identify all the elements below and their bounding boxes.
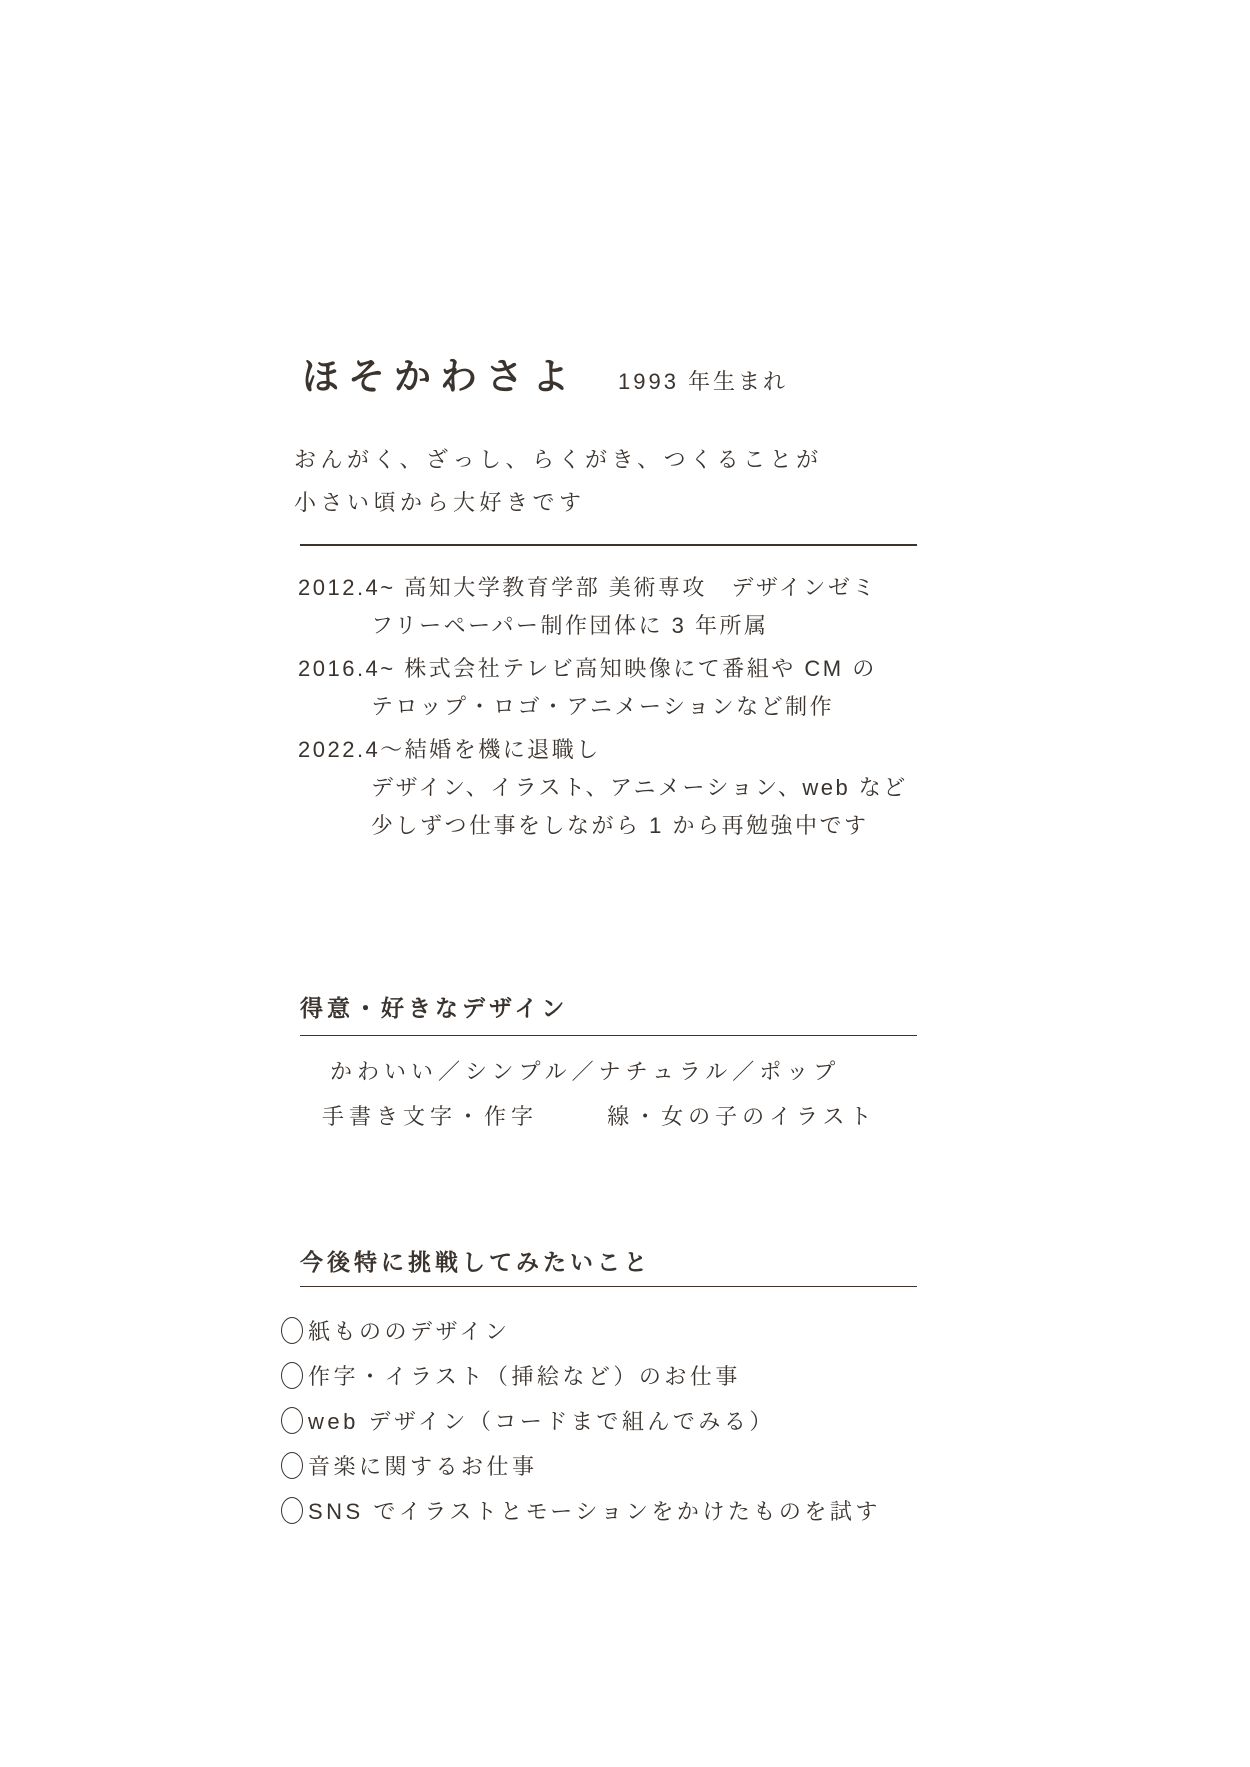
challenge-item-label: SNS でイラストとモーションをかけたものを試す — [308, 1495, 881, 1526]
challenge-item-label: 音楽に関するお仕事 — [308, 1450, 538, 1481]
challenge-item-label: web デザイン（コードまで組んでみる） — [308, 1405, 775, 1436]
name-title: ほそかわさよ — [302, 358, 578, 395]
history-row: 2012.4~ 高知大学教育学部 美術専攻 デザインゼミ — [298, 569, 908, 607]
profile-header: ほそかわさよ 1993 年生まれ — [302, 358, 788, 395]
intro-line: おんがく、ざっし、らくがき、つくることが — [294, 438, 823, 481]
history-row: テロップ・ロゴ・アニメーションなど制作 — [298, 688, 908, 726]
challenge-item: 音楽に関するお仕事 — [281, 1443, 881, 1488]
favorite-skills-line: 手書き文字・作字 線・女の子のイラスト — [322, 1104, 876, 1130]
favorite-section-heading: 得意・好きなデザイン — [300, 997, 568, 1020]
favorite-skill-left: 手書き文字・作字 — [322, 1104, 538, 1129]
challenge-section-heading: 今後特に挑戦してみたいこと — [300, 1251, 651, 1274]
challenge-item-label: 作字・イラスト（挿絵など）のお仕事 — [308, 1360, 741, 1391]
challenge-item: 作字・イラスト（挿絵など）のお仕事 — [281, 1353, 881, 1398]
challenge-item: 紙もののデザイン — [281, 1308, 881, 1353]
circle-bullet-icon — [281, 1317, 303, 1344]
circle-bullet-icon — [281, 1407, 303, 1434]
challenge-item: web デザイン（コードまで組んでみる） — [281, 1398, 881, 1443]
favorite-skill-right: 線・女の子のイラスト — [607, 1104, 876, 1129]
resume-page: ほそかわさよ 1993 年生まれ おんがく、ざっし、らくがき、つくることが 小さ… — [0, 0, 1250, 1767]
circle-bullet-icon — [281, 1362, 303, 1389]
intro-line: 小さい頃から大好きです — [294, 481, 823, 524]
section-divider — [300, 544, 917, 546]
challenge-list: 紙もののデザイン 作字・イラスト（挿絵など）のお仕事 web デザイン（コードま… — [281, 1308, 881, 1533]
circle-bullet-icon — [281, 1497, 303, 1524]
history-row: デザイン、イラスト、アニメーション、web など — [298, 769, 908, 807]
history-list: 2012.4~ 高知大学教育学部 美術専攻 デザインゼミ フリーペーパー制作団体… — [298, 569, 908, 845]
history-row: 少しずつ仕事をしながら 1 から再勉強中です — [298, 807, 908, 845]
birth-year: 1993 年生まれ — [618, 371, 788, 393]
circle-bullet-icon — [281, 1452, 303, 1479]
history-row: 2022.4～結婚を機に退職し — [298, 731, 908, 769]
favorite-styles-line: かわいい／シンプル／ナチュラル／ポップ — [330, 1059, 840, 1085]
challenge-item-label: 紙もののデザイン — [308, 1315, 510, 1346]
intro-text: おんがく、ざっし、らくがき、つくることが 小さい頃から大好きです — [294, 438, 823, 524]
challenge-item: SNS でイラストとモーションをかけたものを試す — [281, 1488, 881, 1533]
section-divider — [300, 1035, 917, 1036]
section-divider — [300, 1286, 917, 1287]
history-row: 2016.4~ 株式会社テレビ高知映像にて番組や CM の — [298, 650, 908, 688]
history-row: フリーペーパー制作団体に 3 年所属 — [298, 607, 908, 645]
